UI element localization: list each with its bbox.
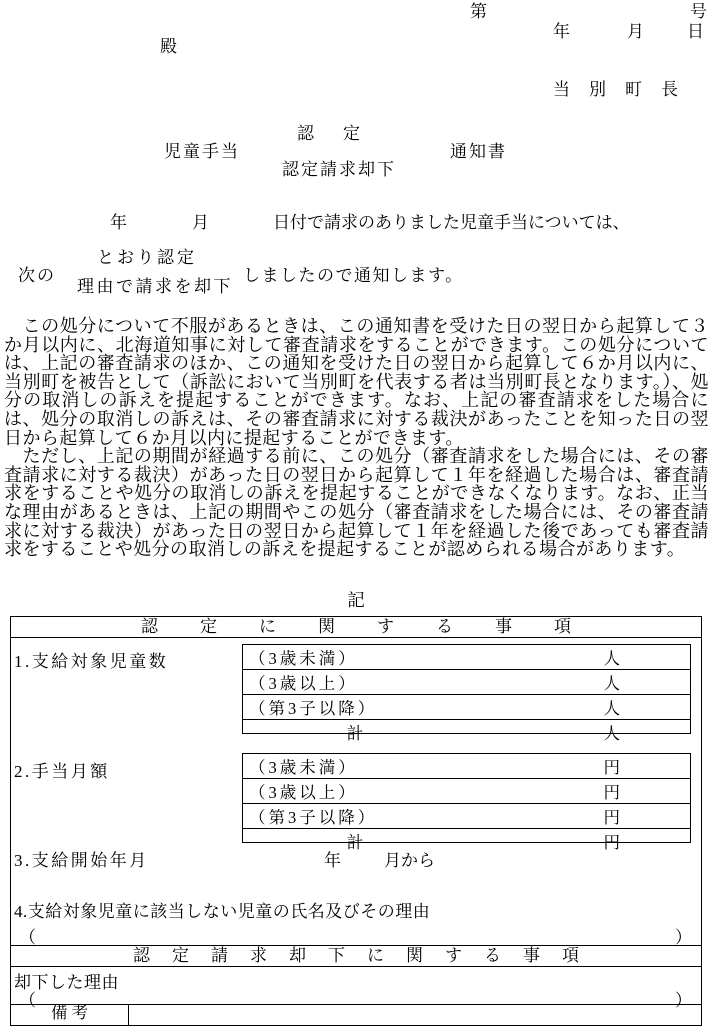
appeal-notice: この処分について不服があるときは、この通知書を受けた日の翌日から起算して３か月以… [4, 317, 709, 559]
monthly-amount-table: （3歳未満） 円 （3歳以上） 円 （第3子以降） 円 計 円 [242, 753, 691, 843]
rejection-reason-cell: 却下した理由 （ ） [11, 967, 701, 1005]
addressee-honorific: 殿 [160, 37, 177, 57]
row-label: （第3子以降） [243, 804, 377, 828]
table-row: （3歳未満） 円 [243, 754, 690, 779]
table-row: （3歳未満） 人 [243, 645, 690, 670]
item1-label: 1.支給対象児童数 [14, 647, 168, 672]
table-row: （第3子以降） 円 [243, 804, 690, 829]
record-mark: 記 [0, 590, 712, 610]
title-option-approve: 認 定 [297, 124, 366, 144]
issue-date-day-label: 日 [687, 22, 704, 42]
row-label: （3歳以上） [243, 779, 358, 803]
remarks-row: 備考 [11, 1005, 701, 1025]
row-unit: 人 [604, 645, 621, 669]
row-unit: 人 [604, 670, 621, 694]
child-count-table: （3歳未満） 人 （3歳以上） 人 （第3子以降） 人 計 人 [242, 644, 691, 734]
request-date-year-label: 年 [110, 213, 127, 233]
row-unit: 人 [604, 720, 621, 744]
rejection-paren-close: ） [675, 986, 692, 1011]
row-label: （3歳以上） [243, 670, 358, 694]
issuer-name: 当別町長 [553, 80, 697, 100]
issue-date-month-label: 月 [627, 22, 644, 42]
conclusion-sentence: しましたので通知します。 [243, 266, 464, 286]
start-year-label: 年 [324, 846, 341, 871]
appeal-paragraph-2: ただし、上記の期間が経過する前に、この処分（審査請求をした場合には、その審査請求… [4, 447, 709, 559]
remarks-value [129, 1005, 701, 1025]
title-doc-type: 通知書 [450, 142, 507, 162]
row-unit: 円 [604, 779, 621, 803]
section1-header: 認定に関する事項 [11, 617, 701, 638]
table-row-total: 計 円 [243, 829, 690, 853]
row-label: 計 [243, 720, 468, 744]
appeal-paragraph-1: この処分について不服があるときは、この通知書を受けた日の翌日から起算して３か月以… [4, 317, 709, 447]
request-sentence: 日付で請求のありました児童手当については、 [273, 213, 630, 233]
title-option-reject: 認定請求却下 [282, 160, 396, 180]
notice-document: 第 号 年 月 日 殿 当別町長 認 定 児童手当 通知書 認定請求却下 年 月… [0, 0, 712, 1027]
item4-paren-close: ） [675, 923, 692, 948]
row-unit: 円 [604, 804, 621, 828]
row-label: （第3子以降） [243, 695, 377, 719]
approve-clause: とおり認定 [97, 248, 197, 268]
row-label: （3歳未満） [243, 754, 358, 778]
row-label: （3歳未満） [243, 645, 358, 669]
start-month-from-label: 月から [384, 846, 435, 871]
rejection-paren-open: （ [19, 986, 36, 1011]
form-table: 認定に関する事項 1.支給対象児童数 （3歳未満） 人 （3歳以上） 人 （第3… [10, 616, 702, 1026]
doc-number-suffix: 号 [690, 2, 707, 22]
row-unit: 人 [604, 695, 621, 719]
item2-label: 2.手当月額 [14, 757, 110, 782]
item3-label: 3.支給開始年月 [14, 846, 149, 871]
row-unit: 円 [604, 829, 621, 853]
section2-header: 認定請求却下に関する事項 [11, 946, 701, 967]
item4-label: 4.支給対象児童に該当しない児童の氏名及びその理由 [14, 897, 430, 922]
title-subject: 児童手当 [164, 142, 240, 162]
doc-number-prefix: 第 [470, 2, 487, 22]
request-date-month-label: 月 [192, 213, 209, 233]
table-row: （第3子以降） 人 [243, 695, 690, 720]
table-row: （3歳以上） 人 [243, 670, 690, 695]
approval-details-cell: 1.支給対象児童数 （3歳未満） 人 （3歳以上） 人 （第3子以降） 人 計 … [11, 638, 701, 946]
row-unit: 円 [604, 754, 621, 778]
next-prefix: 次の [18, 266, 56, 286]
item4-paren-open: （ [19, 923, 36, 948]
reject-clause: 理由で請求を却下 [77, 277, 233, 297]
table-row-total: 計 人 [243, 720, 690, 744]
table-row: （3歳以上） 円 [243, 779, 690, 804]
issue-date-year-label: 年 [553, 22, 570, 42]
